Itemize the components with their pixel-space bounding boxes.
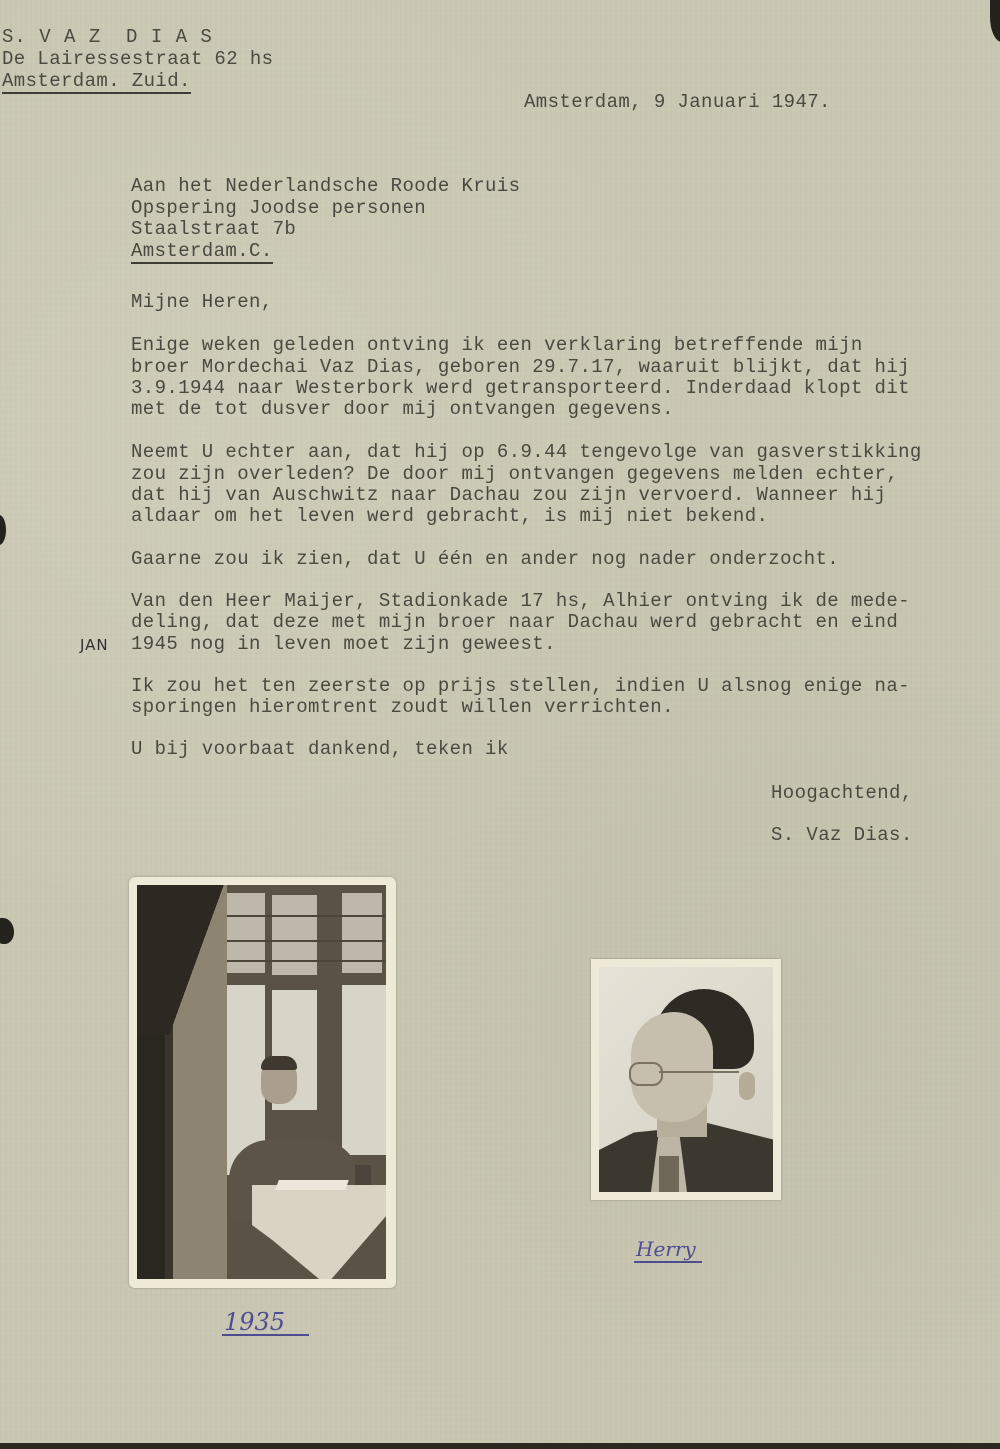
scan-edge — [0, 1443, 1000, 1449]
salutation: Mijne Heren, — [131, 292, 273, 313]
photo-man-at-table — [129, 877, 396, 1288]
body-line: Neemt U echter aan, dat hij op 6.9.44 te… — [131, 442, 922, 463]
body-line: deling, dat deze met mijn broer naar Dac… — [131, 612, 898, 633]
recipient-line: Staalstraat 7b — [131, 219, 296, 240]
body-line: Gaarne zou ik zien, dat U één en ander n… — [131, 549, 839, 570]
body-line: Enige weken geleden ontving ik een verkl… — [131, 335, 863, 356]
letter-date: Amsterdam, 9 Januari 1947. — [524, 92, 831, 113]
signature: S. Vaz Dias. — [771, 825, 913, 846]
letterhead-city: Amsterdam. Zuid. — [2, 71, 191, 94]
ink-blot — [0, 918, 14, 944]
body-line: aldaar om het leven werd gebracht, is mi… — [131, 506, 768, 527]
letterhead-name: S. V A Z D I A S — [2, 27, 213, 48]
body-line: Ik zou het ten zeerste op prijs stellen,… — [131, 676, 910, 697]
photo-image — [137, 885, 386, 1279]
body-line: 1945 nog in leven moet zijn geweest. — [131, 634, 556, 655]
body-line: Van den Heer Maijer, Stadionkade 17 hs, … — [131, 591, 910, 612]
margin-note: JAN — [80, 636, 109, 654]
photo-portrait — [591, 959, 781, 1200]
body-line: 3.9.1944 naar Westerbork werd getranspor… — [131, 378, 910, 399]
photo-image — [599, 967, 773, 1192]
photo-caption-name: Herry — [634, 1238, 702, 1263]
recipient-line: Amsterdam.C. — [131, 241, 273, 264]
photo-caption-year: 1935 — [222, 1310, 309, 1336]
closing: Hoogachtend, — [771, 783, 913, 804]
recipient-line: Opspering Joodse personen — [131, 198, 426, 219]
body-line: sporingen hieromtrent zoudt willen verri… — [131, 697, 674, 718]
body-line: met de tot dusver door mij ontvangen geg… — [131, 399, 674, 420]
ink-blot — [990, 0, 1000, 42]
body-line: U bij voorbaat dankend, teken ik — [131, 739, 509, 760]
body-line: broer Mordechai Vaz Dias, geboren 29.7.1… — [131, 357, 910, 378]
body-line: zou zijn overleden? De door mij ontvange… — [131, 464, 898, 485]
body-line: dat hij van Auschwitz naar Dachau zou zi… — [131, 485, 886, 506]
recipient-line: Aan het Nederlandsche Roode Kruis — [131, 176, 520, 197]
ink-blot — [0, 515, 6, 545]
letterhead-street: De Lairessestraat 62 hs — [2, 49, 273, 70]
glasses — [629, 1062, 663, 1086]
